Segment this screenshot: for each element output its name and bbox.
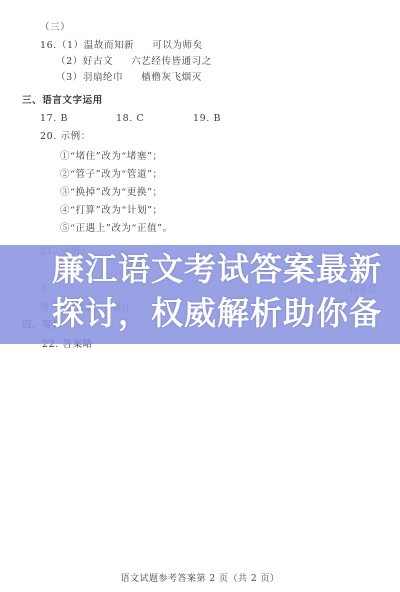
banner-title: 廉江语文考试答案最新 探讨，权威解析助你备 bbox=[0, 247, 400, 335]
q-answer: B bbox=[61, 113, 69, 124]
q19: 19. B bbox=[193, 113, 221, 125]
q20-item: ①“堵住”改为“堵塞”； bbox=[60, 151, 163, 163]
q-number: 18. bbox=[116, 113, 133, 124]
section-3-title: 三、语言文字运用 bbox=[22, 95, 103, 107]
banner-title-line-1: 廉江语文考试答案最新 bbox=[52, 247, 400, 291]
q20-item: ④“打算”改为“计划”； bbox=[60, 205, 163, 217]
q16-number: 16. bbox=[40, 40, 57, 51]
q16-item-1: 16.（1）温故而知新可以为师矣 bbox=[40, 40, 203, 52]
q16-item-label: （2） bbox=[56, 56, 83, 67]
q-answer: B bbox=[214, 113, 222, 124]
q-number: 20. bbox=[40, 131, 57, 142]
q16-item-answer: 温故而知新 bbox=[84, 40, 135, 51]
q-number: 17. bbox=[40, 113, 57, 124]
q-answer: C bbox=[137, 113, 145, 124]
q16-item-answer: 六艺经传皆通习之 bbox=[131, 56, 212, 67]
q18: 18. C bbox=[116, 113, 144, 125]
page-footer: 语文试题参考答案第 2 页（共 2 页） bbox=[0, 571, 400, 584]
q16-item-label: （1） bbox=[57, 40, 84, 51]
q16-item-answer: 可以为师矣 bbox=[152, 40, 203, 51]
q20-header: 20. 示例： bbox=[40, 131, 91, 143]
q16-item-label: （3） bbox=[56, 72, 83, 83]
q20-item: ③“换掉”改为“更换”； bbox=[60, 187, 163, 199]
q17: 17. B bbox=[40, 113, 68, 125]
banner-title-line-2: 探讨，权威解析助你备 bbox=[52, 291, 400, 335]
q16-item-answer: 好古文 bbox=[83, 56, 113, 67]
q16-item-answer: 羽扇纶巾 bbox=[83, 72, 123, 83]
q16-item-3: （3）羽扇纶巾樯橹灰飞烟灭 bbox=[56, 72, 202, 84]
q16-item-2: （2）好古文六艺经传皆通习之 bbox=[56, 56, 212, 68]
q16-item-answer: 樯橹灰飞烟灭 bbox=[141, 72, 202, 83]
q20-item: ⑤“正遇上”改为“正值”。 bbox=[60, 223, 173, 235]
subsection-label: （三） bbox=[40, 22, 70, 34]
q20-item: ②“管子”改为“管道”； bbox=[60, 169, 163, 181]
q-number: 19. bbox=[193, 113, 210, 124]
q-label: 示例： bbox=[61, 131, 91, 142]
